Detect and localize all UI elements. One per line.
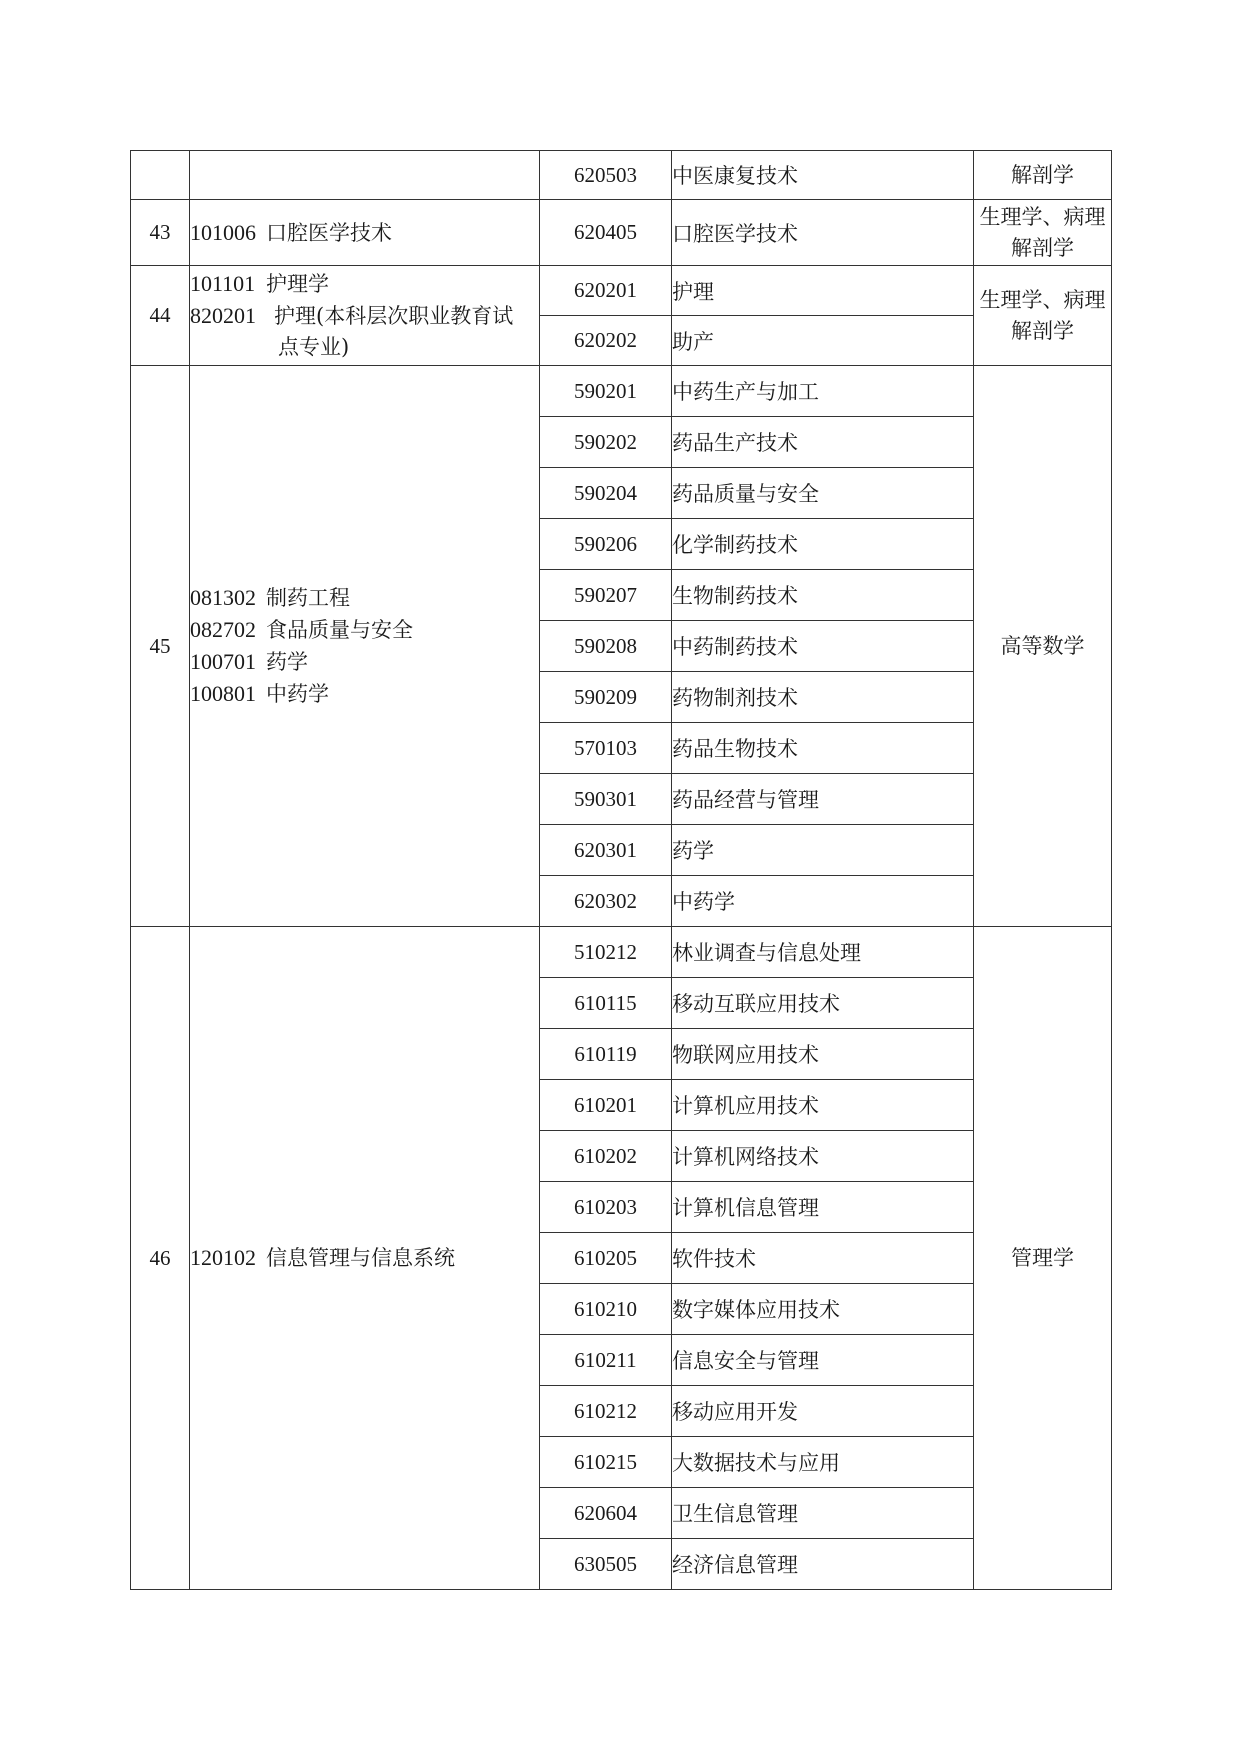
vocational-major-code: 610201 [540,1080,672,1131]
undergrad-major: 100801中药学 [190,678,539,710]
vocational-major-name: 移动互联应用技术 [672,978,974,1029]
vocational-major-code: 590202 [540,417,672,468]
row-index: 45 [131,366,190,927]
vocational-major-code: 620202 [540,316,672,366]
undergrad-major: 101006口腔医学技术 [190,217,539,249]
vocational-major-name: 经济信息管理 [672,1539,974,1590]
undergrad-major-name: 中药学 [266,682,329,706]
vocational-major-code: 610205 [540,1233,672,1284]
vocational-major-name: 计算机信息管理 [672,1182,974,1233]
vocational-major-name: 大数据技术与应用 [672,1437,974,1488]
vocational-major-code: 630505 [540,1539,672,1590]
vocational-major-name: 药学 [672,825,974,876]
vocational-major-name: 卫生信息管理 [672,1488,974,1539]
undergrad-majors-cell: 101101护理学820201护理(本科层次职业教育试点专业) [190,266,540,366]
undergrad-majors-cell: 120102信息管理与信息系统 [190,927,540,1590]
vocational-major-code: 590204 [540,468,672,519]
undergrad-major-code: 820201 [190,300,266,331]
vocational-major-name: 中医康复技术 [672,151,974,200]
vocational-major-code: 510212 [540,927,672,978]
exam-subject: 生理学、病理解剖学 [974,200,1112,266]
undergrad-major-name: 口腔医学技术 [266,221,392,245]
vocational-major-name: 口腔医学技术 [672,200,974,266]
undergrad-major-code: 101006 [190,217,266,248]
vocational-major-code: 590208 [540,621,672,672]
table-row: 620503中医康复技术解剖学 [131,151,1112,200]
vocational-major-code: 590206 [540,519,672,570]
vocational-major-code: 590209 [540,672,672,723]
vocational-major-code: 620604 [540,1488,672,1539]
undergrad-major: 101101护理学 [190,268,539,300]
undergrad-major: 120102信息管理与信息系统 [190,1242,539,1274]
undergrad-major-code: 082702 [190,614,266,645]
vocational-major-code: 590207 [540,570,672,621]
table-row: 44101101护理学820201护理(本科层次职业教育试点专业)620201护… [131,266,1112,316]
undergrad-major-code: 120102 [190,1242,266,1273]
exam-subject: 管理学 [974,927,1112,1590]
vocational-major-code: 570103 [540,723,672,774]
vocational-major-name: 移动应用开发 [672,1386,974,1437]
vocational-major-name: 护理 [672,266,974,316]
undergrad-major-code: 100701 [190,646,266,677]
undergrad-major: 820201护理(本科层次职业教育试 [190,300,539,332]
major-mapping-table: 620503中医康复技术解剖学43101006口腔医学技术620405口腔医学技… [130,150,1112,1590]
vocational-major-name: 数字媒体应用技术 [672,1284,974,1335]
undergrad-major-name-continued: 点专业) [190,332,539,363]
vocational-major-code: 590201 [540,366,672,417]
vocational-major-code: 620503 [540,151,672,200]
vocational-major-code: 610211 [540,1335,672,1386]
vocational-major-code: 610119 [540,1029,672,1080]
vocational-major-name: 物联网应用技术 [672,1029,974,1080]
undergrad-major-code: 081302 [190,582,266,613]
row-index: 46 [131,927,190,1590]
exam-subject-line: 解剖学 [974,233,1111,264]
vocational-major-name: 药品生物技术 [672,723,974,774]
undergrad-major-name: 护理学 [266,272,329,296]
vocational-major-name: 信息安全与管理 [672,1335,974,1386]
vocational-major-code: 610210 [540,1284,672,1335]
vocational-major-name: 中药制药技术 [672,621,974,672]
vocational-major-code: 610115 [540,978,672,1029]
exam-subject: 高等数学 [974,366,1112,927]
row-index [131,151,190,200]
table-row: 43101006口腔医学技术620405口腔医学技术生理学、病理解剖学 [131,200,1112,266]
vocational-major-name: 药物制剂技术 [672,672,974,723]
vocational-major-code: 610212 [540,1386,672,1437]
undergrad-major-code: 100801 [190,678,266,709]
undergrad-major-code: 101101 [190,268,266,299]
undergrad-majors-cell [190,151,540,200]
undergrad-majors-cell: 101006口腔医学技术 [190,200,540,266]
vocational-major-code: 620405 [540,200,672,266]
undergrad-major: 082702食品质量与安全 [190,614,539,646]
undergrad-major-name: 信息管理与信息系统 [266,1246,455,1270]
exam-subject-line: 解剖学 [974,316,1111,347]
undergrad-major: 081302制药工程 [190,582,539,614]
vocational-major-name: 药品经营与管理 [672,774,974,825]
exam-subject: 生理学、病理解剖学 [974,266,1112,366]
vocational-major-code: 610203 [540,1182,672,1233]
vocational-major-name: 生物制药技术 [672,570,974,621]
vocational-major-name: 中药学 [672,876,974,927]
vocational-major-name: 化学制药技术 [672,519,974,570]
vocational-major-code: 590301 [540,774,672,825]
undergrad-major-name: 护理(本科层次职业教育试 [274,304,513,328]
vocational-major-name: 软件技术 [672,1233,974,1284]
vocational-major-code: 620302 [540,876,672,927]
undergrad-major-name: 食品质量与安全 [266,618,413,642]
vocational-major-name: 计算机应用技术 [672,1080,974,1131]
row-index: 43 [131,200,190,266]
undergrad-major: 100701药学 [190,646,539,678]
exam-subject-line: 生理学、病理 [974,285,1111,316]
vocational-major-name: 林业调查与信息处理 [672,927,974,978]
vocational-major-name: 药品生产技术 [672,417,974,468]
table-row: 45081302制药工程082702食品质量与安全100701药学100801中… [131,366,1112,417]
vocational-major-code: 620201 [540,266,672,316]
row-index: 44 [131,266,190,366]
vocational-major-name: 药品质量与安全 [672,468,974,519]
undergrad-major-name: 药学 [266,650,308,674]
vocational-major-code: 620301 [540,825,672,876]
undergrad-major-name: 制药工程 [266,586,350,610]
vocational-major-name: 助产 [672,316,974,366]
exam-subject: 解剖学 [974,151,1112,200]
vocational-major-code: 610215 [540,1437,672,1488]
undergrad-majors-cell: 081302制药工程082702食品质量与安全100701药学100801中药学 [190,366,540,927]
vocational-major-name: 计算机网络技术 [672,1131,974,1182]
table-row: 46120102信息管理与信息系统510212林业调查与信息处理管理学 [131,927,1112,978]
vocational-major-name: 中药生产与加工 [672,366,974,417]
vocational-major-code: 610202 [540,1131,672,1182]
exam-subject-line: 生理学、病理 [974,202,1111,233]
